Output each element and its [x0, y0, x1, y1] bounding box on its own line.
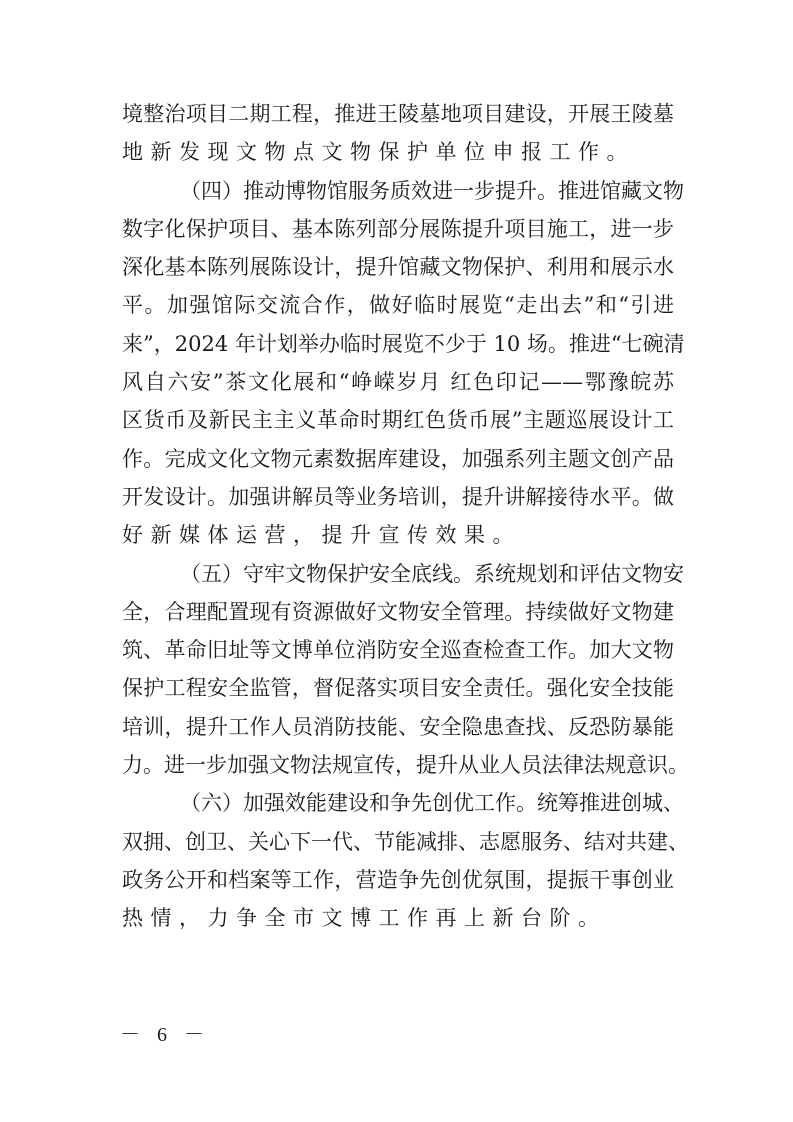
text-line: 好新媒体运营，提升宣传效果。 [122, 516, 674, 554]
text-line: 政务公开和档案等工作，营造争先创优氛围，提振干事创业 [122, 861, 674, 899]
text-line: 风自六安”茶文化展和“峥嵘岁月 红色印记——鄂豫皖苏 [122, 363, 674, 401]
text-line: 开发设计。加强讲解员等业务培训，提升讲解接待水平。做 [122, 478, 674, 516]
text-line: 来”，2024 年计划举办临时展览不少于 10 场。推进“七碗清 [122, 325, 674, 363]
text-line: 地新发现文物点文物保护单位申报工作。 [122, 133, 674, 171]
document-page: 境整治项目二期工程，推进王陵墓地项目建设，开展王陵墓地新发现文物点文物保护单位申… [0, 0, 793, 1122]
text-line: 平。加强馆际交流合作，做好临时展览“走出去”和“引进 [122, 286, 674, 324]
text-line: 培训，提升工作人员消防技能、安全隐患查找、反恐防暴能 [122, 708, 674, 746]
text-line: 力。进一步加强文物法规宣传，提升从业人员法律法规意识。 [122, 746, 674, 784]
text-line: 热情，力争全市文博工作再上新台阶。 [122, 899, 674, 937]
text-line: 数字化保护项目、基本陈列部分展陈提升项目施工，进一步 [122, 210, 674, 248]
page-number: － 6 － [120, 1018, 210, 1047]
paragraph-heading-line: （四）推动博物馆服务质效进一步提升。推进馆藏文物 [122, 172, 674, 210]
text-line: 区货币及新民主主义革命时期红色货币展”主题巡展设计工 [122, 401, 674, 439]
paragraph-heading-line: （六）加强效能建设和争先创优工作。统筹推进创城、 [122, 784, 674, 822]
text-line: 全，合理配置现有资源做好文物安全管理。持续做好文物建 [122, 593, 674, 631]
text-line: 境整治项目二期工程，推进王陵墓地项目建设，开展王陵墓 [122, 95, 674, 133]
text-line: 双拥、创卫、关心下一代、节能减排、志愿服务、结对共建、 [122, 823, 674, 861]
text-line: 作。完成文化文物元素数据库建设，加强系列主题文创产品 [122, 440, 674, 478]
text-line: 深化基本陈列展陈设计，提升馆藏文物保护、利用和展示水 [122, 248, 674, 286]
paragraph-heading-line: （五）守牢文物保护安全底线。系统规划和评估文物安 [122, 555, 674, 593]
text-line: 筑、革命旧址等文博单位消防安全巡查检查工作。加大文物 [122, 631, 674, 669]
body-text: 境整治项目二期工程，推进王陵墓地项目建设，开展王陵墓地新发现文物点文物保护单位申… [122, 95, 674, 938]
text-line: 保护工程安全监管，督促落实项目安全责任。强化安全技能 [122, 669, 674, 707]
